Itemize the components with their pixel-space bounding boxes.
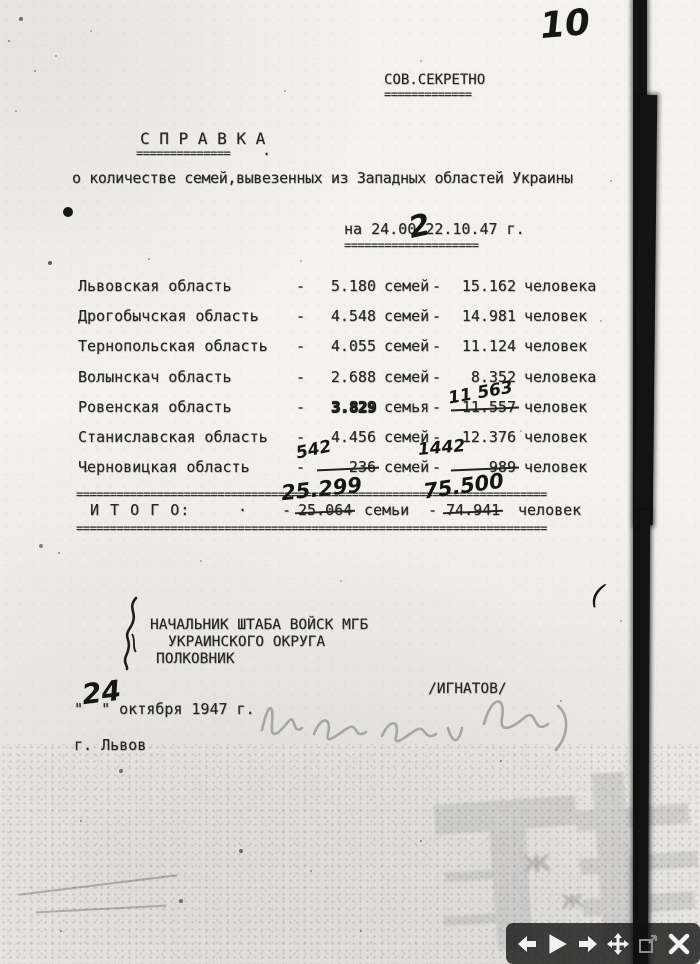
dash: - xyxy=(296,337,305,355)
svg-text:ж: ж xyxy=(559,885,585,915)
dash: - xyxy=(296,307,305,325)
total-families-struck: 25.064 xyxy=(298,501,352,519)
pencil-signature xyxy=(252,684,582,770)
pen-flourish xyxy=(112,594,148,672)
table-row: Львовская область - 5.180 семей - 15.162… xyxy=(78,277,668,299)
classification-stamp: СОВ.СЕКРЕТНО xyxy=(384,72,485,88)
table-row: Черновицкая область - 236 семей - 989 че… xyxy=(78,458,668,480)
families-unit: семей xyxy=(384,337,429,355)
region-name: Дрогобычская область xyxy=(78,307,259,325)
signature-title-line: ПОЛКОВНИК xyxy=(156,651,235,667)
total-row: И Т О Г О: · - 25.064 семьи - 74.941 чел… xyxy=(76,501,666,523)
scratch-artifact xyxy=(36,905,166,914)
total-families-unit: семьи xyxy=(364,501,409,519)
region-name: Волынскач область xyxy=(78,368,232,386)
as-of-date-line: на 24.00 22.10.47 г. xyxy=(344,220,525,238)
document-subtitle: о количестве семей,вывезенных из Западны… xyxy=(72,169,573,187)
move-button[interactable] xyxy=(605,931,631,957)
close-button[interactable] xyxy=(666,931,692,957)
next-arrow-button[interactable] xyxy=(575,931,601,957)
dash: - xyxy=(432,368,441,386)
city-line: г. Львов xyxy=(74,736,146,754)
title-underline: ============== xyxy=(136,146,230,160)
people-count: 15.162 xyxy=(454,277,516,295)
total-people-unit: человек xyxy=(518,501,581,519)
table-row: Ровенская область - 3.829 семья - 11.557… xyxy=(78,398,668,420)
region-name: Тернопольская область xyxy=(78,337,268,355)
region-name: Станиславская область xyxy=(78,428,268,446)
dash: - xyxy=(432,277,441,295)
title-period: . xyxy=(262,141,271,159)
handwritten-correction: 1442 xyxy=(417,436,466,460)
next-arrow-icon xyxy=(576,932,600,956)
dash: - xyxy=(432,307,441,325)
dash: - xyxy=(432,337,441,355)
people-count: 14.981 xyxy=(454,307,516,325)
people-unit: человека xyxy=(524,368,596,386)
people-unit: человек xyxy=(524,458,587,476)
families-count: 5.180 xyxy=(320,277,376,295)
move-icon xyxy=(606,932,630,956)
ink-dot-artifact xyxy=(63,207,73,217)
scanned-document-page: 10 СОВ.СЕКРЕТНО ============= С П Р А В … xyxy=(0,0,700,964)
families-count: 2.688 xyxy=(320,368,376,386)
people-unit: человека xyxy=(524,277,596,295)
scratch-artifact xyxy=(18,874,177,895)
total-rule-bottom: ========================================… xyxy=(76,521,547,535)
dash: - xyxy=(296,277,305,295)
dot: · xyxy=(238,501,247,519)
region-name: Львовская область xyxy=(78,277,232,295)
resize-button[interactable] xyxy=(635,931,661,957)
people-unit: человек xyxy=(524,307,587,325)
table-row: Волынскач область - 2.688 семей - 8.352 … xyxy=(78,368,668,390)
table-row: Станиславская область - 4.456 семей - 12… xyxy=(78,428,668,450)
total-people-struck: 74.941 xyxy=(446,501,500,519)
table-row: Тернопольская область - 4.055 семей - 11… xyxy=(78,337,668,359)
people-count: 11.124 xyxy=(454,337,516,355)
dust-specks xyxy=(0,0,2,2)
play-icon xyxy=(544,931,570,957)
families-unit: семей xyxy=(384,277,429,295)
dash: - xyxy=(296,398,305,416)
region-name: Черновицкая область xyxy=(78,458,250,476)
dash: - xyxy=(296,368,305,386)
dash: - xyxy=(432,458,441,476)
people-unit: человек xyxy=(524,428,587,446)
families-unit: семья xyxy=(384,398,429,416)
families-count: 4.548 xyxy=(320,307,376,325)
total-label: И Т О Г О: xyxy=(90,501,190,519)
previous-arrow-button[interactable] xyxy=(514,931,540,957)
play-button[interactable] xyxy=(544,931,570,957)
people-unit: человек xyxy=(524,398,587,416)
image-viewer-toolbar xyxy=(506,923,700,964)
classification-underline: ============= xyxy=(384,87,471,101)
dash: - xyxy=(428,501,437,519)
signature-title-line: НАЧАЛЬНИК ШТАБА ВОЙСК МГБ xyxy=(150,617,368,633)
people-unit: человек xyxy=(524,337,587,355)
region-name: Ровенская область xyxy=(78,398,232,416)
families-unit: семей xyxy=(384,368,429,386)
families-count: 4.055 xyxy=(320,337,376,355)
page-number: 10 xyxy=(538,2,591,47)
families-count-overwritten: 3.829 xyxy=(320,398,376,416)
signature-title-line: УКРАИНСКОГО ОКРУГА xyxy=(168,634,325,650)
resize-icon xyxy=(636,932,660,956)
dash: - xyxy=(432,398,441,416)
svg-text:ж: ж xyxy=(521,844,553,881)
table-row: Дрогобычская область - 4.548 семей - 14.… xyxy=(78,307,668,329)
families-unit: семей xyxy=(384,458,429,476)
families-unit: семей xyxy=(384,307,429,325)
previous-arrow-icon xyxy=(515,932,539,956)
pen-mark: ( xyxy=(588,577,607,612)
date-line: " " октября 1947 г. xyxy=(74,700,255,718)
close-icon xyxy=(667,932,691,956)
